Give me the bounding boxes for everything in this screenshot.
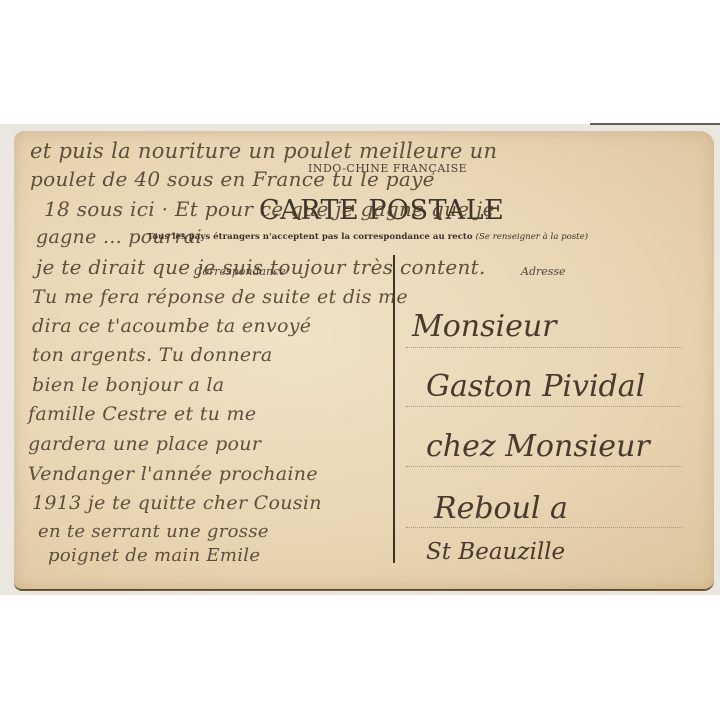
message-line: poulet de 40 sous en France tu le paye [30,167,435,191]
message-line: Tu me fera réponse de suite et dis me [32,286,408,308]
scan-edge-shadow [590,123,720,125]
message-line: gardera une place pour [28,433,261,455]
address-recipient-name: Gaston Pividal [426,369,645,404]
address-town: St Beauzille [426,539,565,565]
message-line: bien le bonjour a la [32,374,224,396]
address-care-of: chez Monsieur [426,429,650,464]
signature-line: poignet de main Emile [48,545,260,566]
address-dotted-line [406,466,682,467]
message-line: 1913 je te quitte cher Cousin [32,492,322,514]
message-line: en te serrant une grosse [38,521,269,542]
address-dotted-line [406,406,682,407]
adresse-label: Adresse [521,265,566,278]
message-line: famille Cestre et tu me [28,403,256,425]
message-line: 18 sous ici · Et pour ce que je gagne qu… [44,197,495,221]
address-dotted-line [406,527,682,528]
printed-notice: Tous les pays étrangers n'acceptent pas … [147,232,588,242]
message-line: ton argents. Tu donnera [32,344,272,366]
message-line: dira ce t'acoumbe ta envoyé [32,315,311,337]
notice-italic: (Se renseigner à la poste) [476,232,588,242]
address-recipient-title: Monsieur [412,309,557,344]
message-line: et puis la nouriture un poulet meilleure… [30,139,497,163]
message-line: gagne ... pourrai [36,226,202,248]
address-host-name: Reboul a [434,491,568,526]
message-line: je te dirait que je suis toujour très co… [36,255,486,279]
message-line: Vendanger l'année prochaine [28,463,318,485]
address-dotted-line [406,347,682,348]
postcard: INDO-CHINE FRANÇAISE CARTE POSTALE Tous … [14,131,714,590]
